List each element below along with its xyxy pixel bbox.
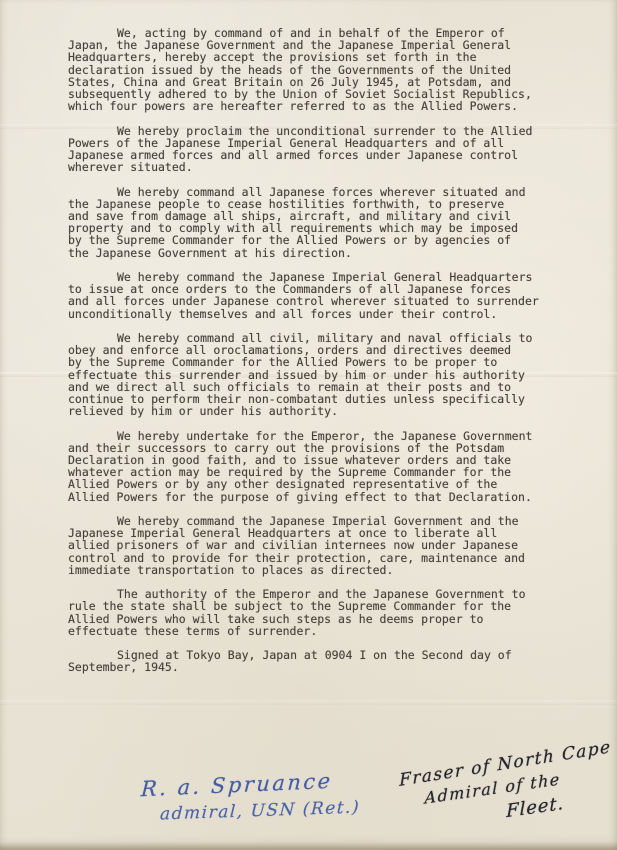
paragraph-cease-hostilities: We hereby command all Japanese forces wh… [68, 186, 570, 259]
typewritten-text-block: We, acting by command of and in behalf o… [68, 27, 570, 674]
document-page: We, acting by command of and in behalf o… [0, 0, 617, 850]
paragraph-potsdam-undertaking: We hereby undertake for the Emperor, the… [68, 430, 570, 503]
paragraph-officials-obey: We hereby command all civil, military an… [68, 332, 570, 417]
paragraph-emperor-authority: The authority of the Emperor and the Jap… [68, 588, 570, 637]
signature-fraser-title-line2: Fleet. [506, 793, 564, 822]
paragraph-proclamation: We hereby proclaim the unconditional sur… [68, 125, 570, 174]
signature-spruance-name: R. a. Spruance [140, 769, 333, 801]
paragraph-signed-dateline: Signed at Tokyo Bay, Japan at 0904 I on … [68, 649, 570, 673]
page-bottom-edge-shadow [0, 842, 617, 850]
paragraph-orders-to-commanders: We hereby command the Japanese Imperial … [68, 271, 570, 320]
paragraph-preamble: We, acting by command of and in behalf o… [68, 27, 570, 112]
paper-crease [0, 700, 617, 705]
paragraph-liberate-prisoners: We hereby command the Japanese Imperial … [68, 515, 570, 576]
signature-spruance-title: admiral, USN (Ret.) [160, 797, 361, 824]
